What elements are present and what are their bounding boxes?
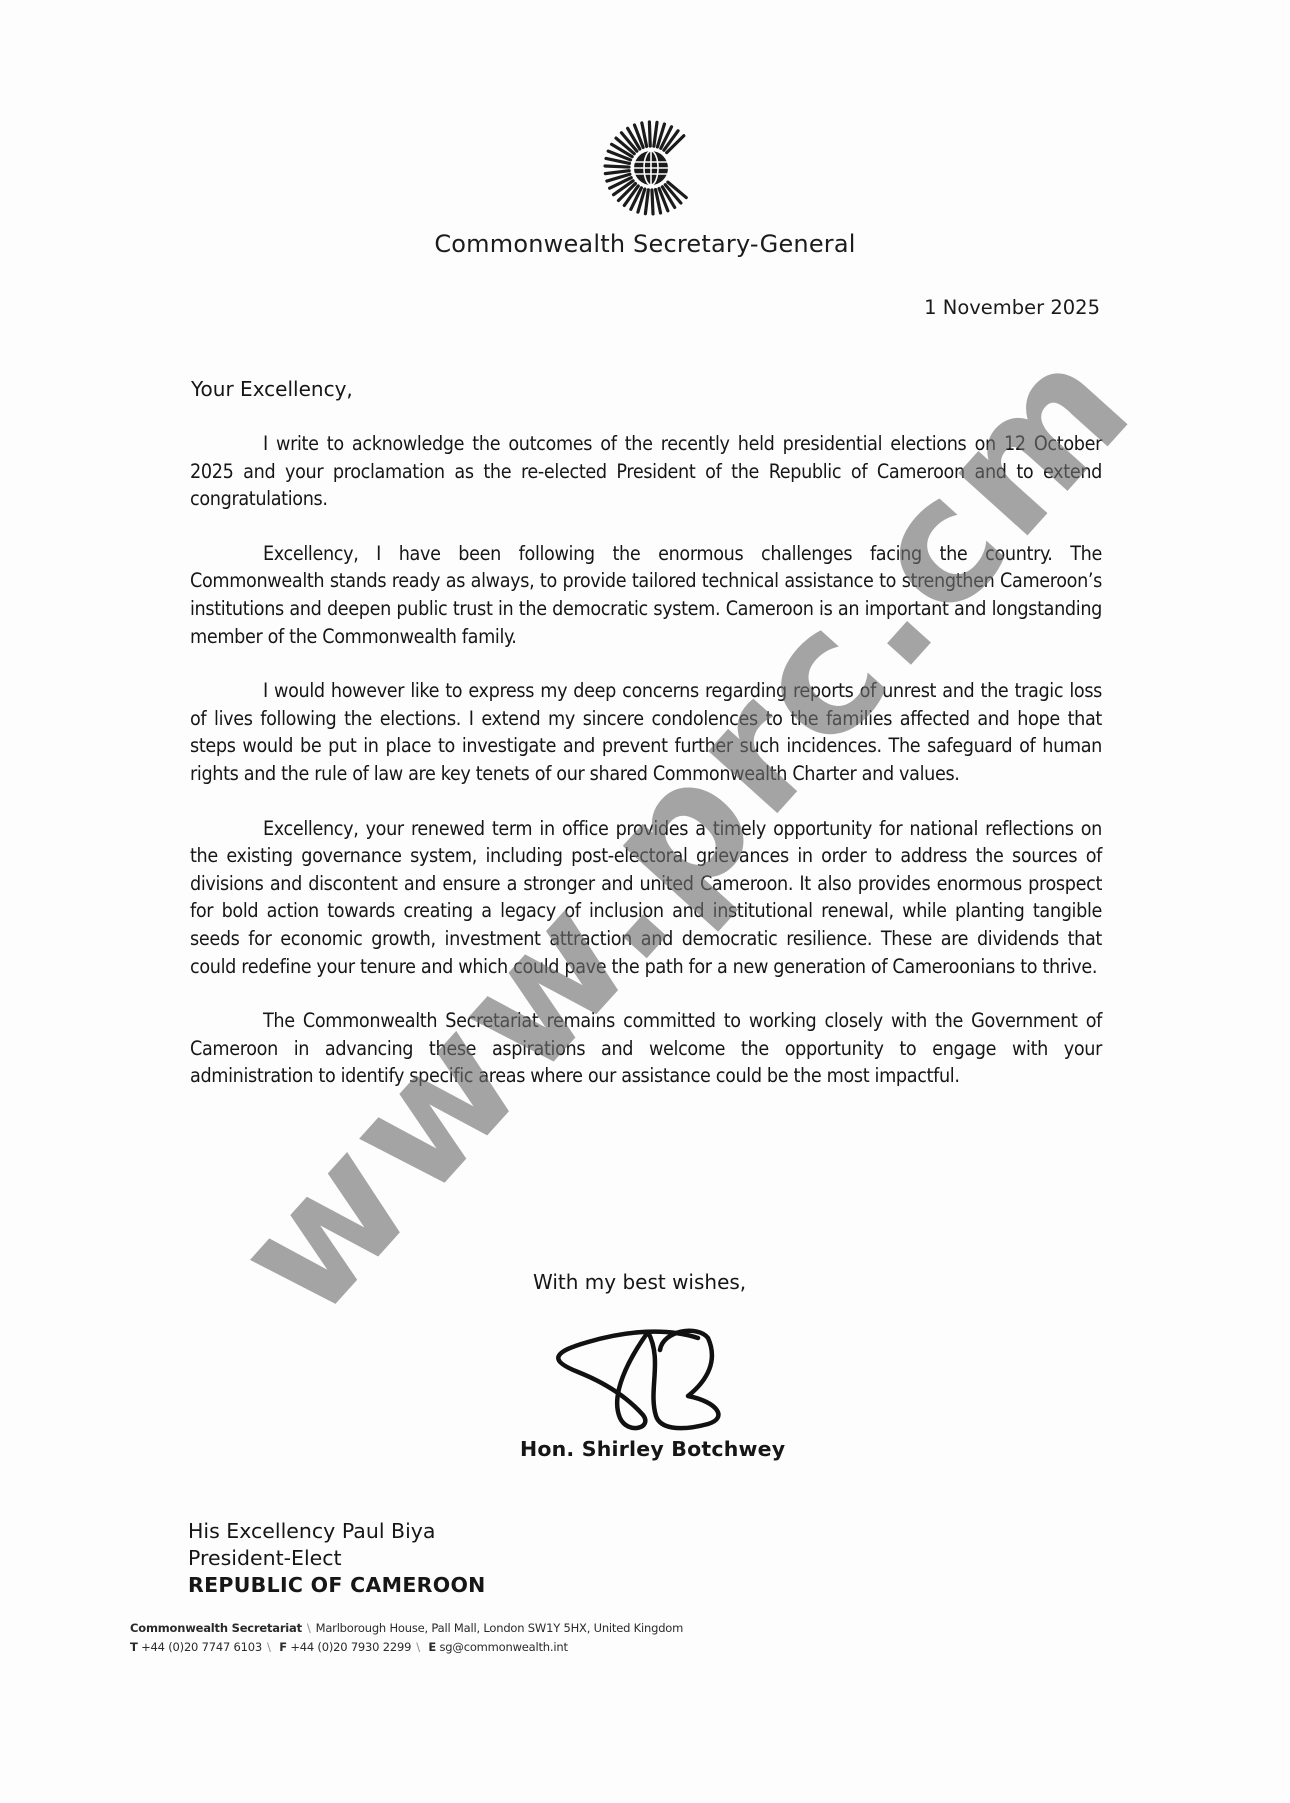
footer-tel: +44 (0)20 7747 6103 [141, 1640, 262, 1654]
recipient-title: President-Elect [188, 1545, 486, 1572]
watermark-text: www.prc.cm [198, 404, 1081, 1354]
letter-footer: Commonwealth Secretariat\Marlborough Hou… [130, 1619, 683, 1657]
footer-email: sg@commonwealth.int [440, 1640, 568, 1654]
letter-page: Commonwealth Secretary-General 1 Novembe… [0, 0, 1290, 1803]
footer-org: Commonwealth Secretariat [130, 1621, 302, 1635]
recipient-country: REPUBLIC OF CAMEROON [188, 1572, 486, 1599]
salutation: Your Excellency, [191, 377, 353, 401]
footer-email-label: E [428, 1640, 436, 1654]
watermark-container: www.prc.cm [150, 450, 1150, 1350]
recipient-block: His Excellency Paul Biya President-Elect… [188, 1518, 486, 1599]
commonwealth-logo-icon [601, 118, 701, 218]
footer-fax: +44 (0)20 7930 2299 [290, 1640, 411, 1654]
recipient-name: His Excellency Paul Biya [188, 1518, 486, 1545]
footer-address: Marlborough House, Pall Mall, London SW1… [316, 1621, 684, 1635]
footer-tel-label: T [130, 1640, 138, 1654]
letter-date: 1 November 2025 [924, 296, 1100, 319]
signer-name: Hon. Shirley Botchwey [520, 1437, 785, 1461]
letterhead-title: Commonwealth Secretary-General [0, 230, 1290, 258]
footer-fax-label: F [279, 1640, 287, 1654]
